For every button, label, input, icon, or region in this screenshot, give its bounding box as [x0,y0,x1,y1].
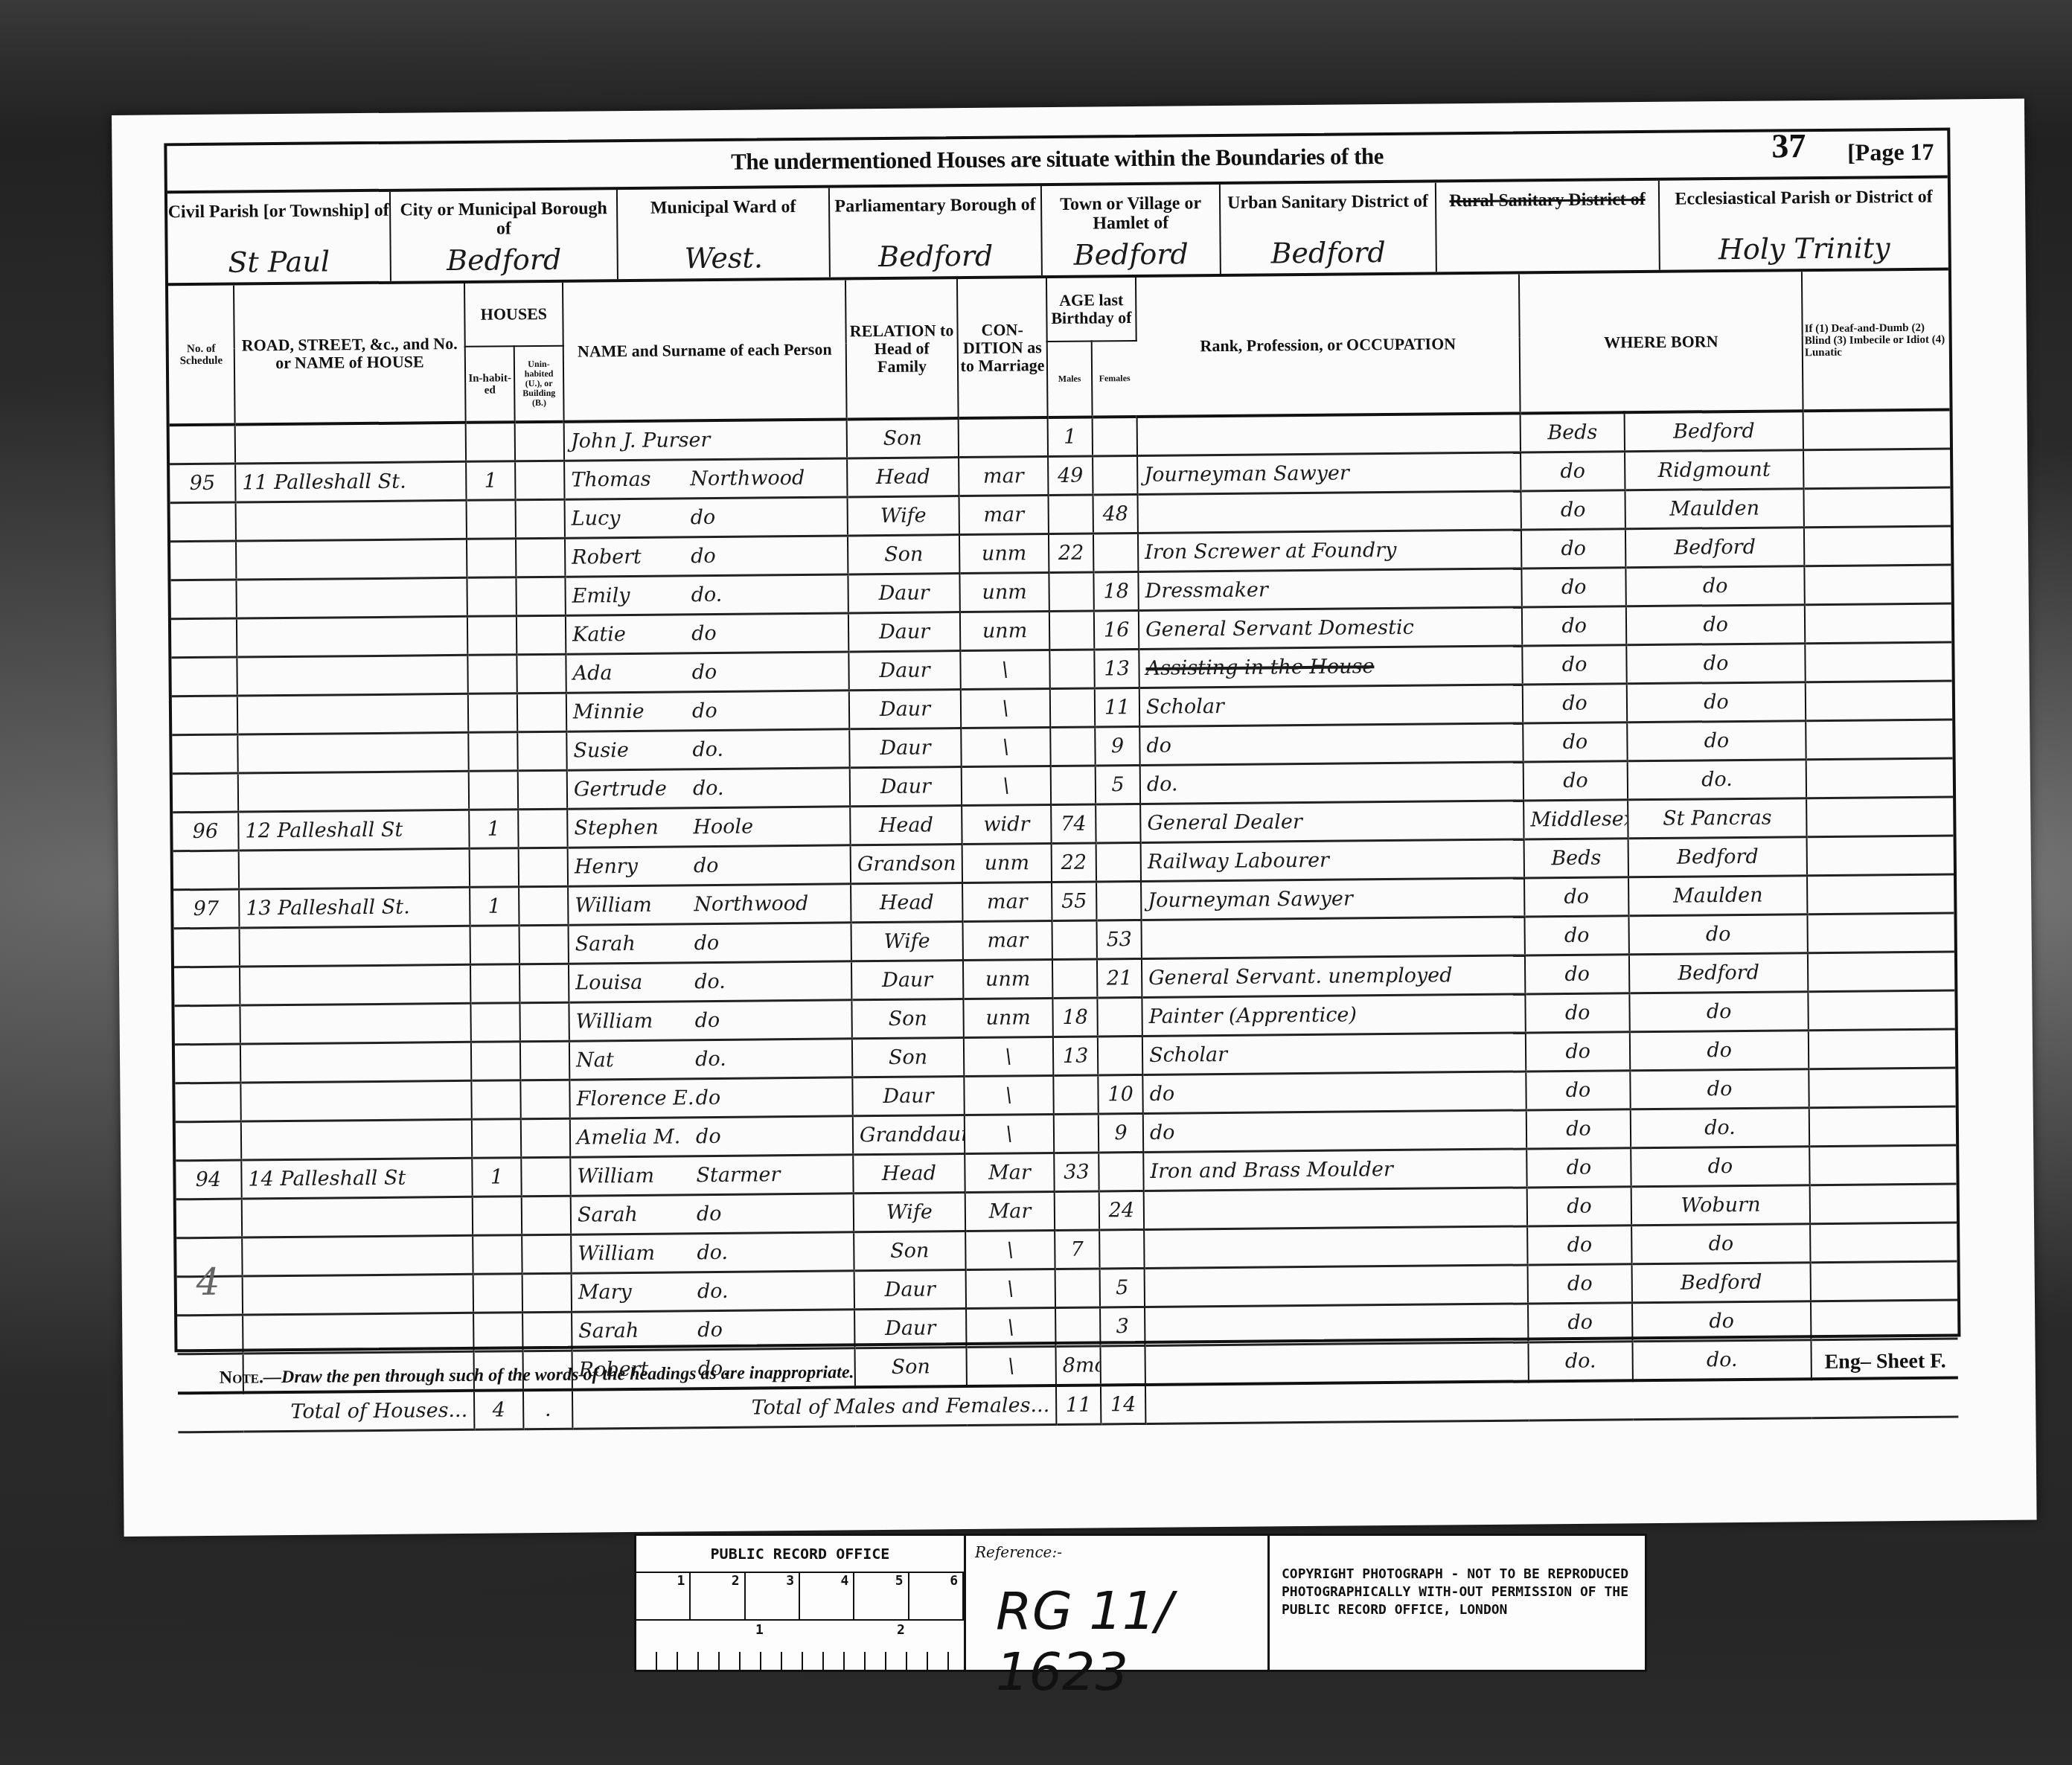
schedule-text: 94 [196,1168,222,1191]
born-county-cell: do [1526,1032,1630,1072]
female-age-text: 21 [1107,967,1133,990]
occupation-cell [1142,917,1525,958]
condition-text: unm [982,619,1028,643]
address-cell [242,1197,473,1237]
born-place-cell: do [1630,1069,1809,1109]
condition-text: mar [983,464,1024,487]
infirmity-cell [1806,797,1953,837]
schedule-cell: 97 [173,889,239,929]
male-age-cell [1052,920,1097,960]
relation-text: Head [879,813,933,837]
condition-cell: unm [963,960,1052,999]
boundary-label: Ecclesiastical Parish or District of [1660,178,1948,208]
schedule-cell [172,696,237,735]
born-county-cell: Beds [1524,839,1628,878]
female-age-cell: 21 [1097,958,1142,998]
born-county-cell: do [1523,761,1628,801]
occupation-cell: General Dealer [1140,801,1523,842]
female-age-cell: 13 [1094,649,1139,688]
female-age-text: 53 [1106,928,1132,951]
born-county-cell: do [1521,490,1625,530]
occupation-text: Iron and Brass Moulder [1150,1158,1393,1183]
female-age-text: 9 [1111,734,1124,757]
address-cell [243,1274,473,1315]
total-blank [1145,1377,1958,1423]
occupation-cell: do [1142,1072,1526,1113]
relation-cell: Daur [848,574,959,613]
surname: Hoole [693,816,753,839]
born-county-cell: do [1522,645,1626,685]
census-page: The undermentioned Houses are situate wi… [112,99,2037,1537]
condition-cell: Mar [965,1192,1055,1231]
name-cell: Amelia M.do [570,1116,853,1157]
address-cell [240,1042,471,1083]
surname: do [694,932,720,955]
born-county-cell: do [1526,1109,1631,1149]
condition-text: mar [987,890,1028,913]
boundary-rural-sanitary: Rural Sanitary District of [1436,181,1660,272]
female-age-cell [1093,417,1137,456]
inhabited-cell: 1 [472,1158,521,1197]
male-age-text: 55 [1061,890,1087,913]
condition-cell: \ [965,1230,1055,1269]
male-age-text: 7 [1071,1238,1084,1261]
occupation-cell: Railway Labourer [1141,839,1524,881]
uninhabited-cell [519,848,568,887]
condition-cell: mar [959,496,1049,535]
infirmity-cell [1807,836,1954,876]
col-uninhabited: Unin-habited (U.), or Building (B.) [514,346,564,423]
born-county-text: Middlesex [1530,807,1628,831]
uninhabited-cell [519,1002,569,1042]
uninhabited-cell [516,577,565,616]
surname: do. [697,1280,729,1303]
uninhabited-cell [517,615,566,655]
occupation-text: General Servant. unemployed [1148,964,1453,990]
inhabited-cell [471,1042,520,1081]
uninhabited-cell [517,731,566,771]
given-name: William [576,1009,695,1033]
boundary-value: Holy Trinity [1660,237,1948,259]
infirmity-cell [1806,758,1953,798]
female-age-cell: 3 [1100,1307,1145,1346]
schedule-cell [170,580,236,619]
relation-cell: Head [853,1154,965,1194]
born-place-text: Bedford [1673,420,1755,443]
relation-text: Daur [885,1316,936,1340]
occupation-cell: Scholar [1142,1033,1526,1074]
inhabited-cell [467,616,517,656]
boundary-municipal-ward: Municipal Ward of West. [618,188,831,279]
relation-cell: Daur [851,961,963,1000]
uninhabited-cell [521,1118,570,1158]
given-name: Gertrude [574,777,693,801]
uninhabited-cell [516,499,565,539]
given-name: Nat [576,1048,695,1072]
address-cell: 14 Palleshall St [241,1158,472,1199]
born-place-text: do [1708,1232,1733,1255]
inhabited-cell [473,1235,522,1275]
occupation-cell: Iron and Brass Moulder [1143,1149,1526,1191]
col-houses: HOUSES [464,283,563,347]
male-age-cell [1054,1114,1099,1153]
inhabited-text: 1 [485,469,497,492]
female-age-text: 10 [1107,1083,1133,1106]
born-county-text: do [1561,576,1587,599]
uninhabited-cell [520,1080,569,1119]
female-age-cell [1099,1152,1143,1191]
inch-ruler: 1 2 [636,1621,964,1670]
schedule-cell [175,1044,240,1083]
born-place-text: do [1704,652,1729,675]
born-county-text: do [1562,692,1587,715]
born-county-text: do [1567,1311,1593,1334]
infirmity-cell [1807,874,1954,914]
born-place-text: do [1704,729,1730,752]
name-cell: Natdo. [569,1039,852,1080]
boundary-label: Parliamentary Borough of [830,186,1040,216]
address-cell [240,1003,470,1044]
col-inhabited: In-habit-ed [465,346,515,423]
relation-text: Daur [885,1278,936,1301]
male-age-text: 22 [1061,851,1087,874]
name-cell: Louisado. [569,961,851,1002]
inhabited-cell [467,655,517,694]
schedule-cell: 95 [170,464,235,503]
schedule-cell [172,734,237,774]
relation-cell: Son [851,999,963,1039]
born-place-text: do. [1707,1348,1738,1371]
total-houses-inhabited: 4 [474,1390,523,1429]
name-cell: ThomasNorthwood [564,458,847,499]
condition-text: \ [1008,1316,1014,1339]
surname: do [691,622,717,645]
address-cell: 13 Palleshall St. [239,887,470,928]
given-name: Susie [573,738,692,762]
relation-text: Son [883,427,922,450]
surname: do [696,1125,721,1148]
male-age-cell: 7 [1055,1230,1099,1269]
given-name: Stephen [574,816,693,839]
born-place-cell: do [1632,1301,1811,1342]
given-name: Sarah [578,1319,697,1342]
born-county-text: do [1563,769,1588,792]
relation-cell: Son [854,1231,965,1271]
schedule-cell [176,1121,241,1161]
condition-text: \ [1007,1238,1014,1261]
born-place-cell: do [1628,914,1807,955]
occupation-text: do [1149,1083,1174,1106]
female-age-cell [1093,455,1137,495]
condition-text: \ [1007,1277,1014,1300]
born-county-text: Beds [1551,847,1601,871]
name-cell: Florence E.do [569,1077,852,1118]
occupation-cell [1145,1265,1528,1307]
occupation-text: General Servant Domestic [1145,616,1414,641]
born-place-cell: do [1627,682,1806,723]
born-county-text: do [1563,731,1588,754]
born-county-cell: Middlesex [1523,800,1628,839]
born-county-text: do [1564,924,1590,947]
relation-text: Daur [883,1084,933,1108]
born-county-text: do [1567,1234,1592,1257]
margin-mark: 4 [196,1261,220,1304]
born-place-cell: Bedford [1632,1263,1811,1303]
note-text: —Draw the pen through such of the words … [263,1362,854,1387]
relation-text: Head [882,1162,936,1185]
uninhabited-cell [515,461,564,500]
col-name: NAME and Surname of each Person [563,280,847,421]
occupation-cell: do [1143,1110,1526,1152]
condition-cell: Mar [965,1153,1054,1193]
condition-cell: mar [959,457,1048,496]
born-place-text: Bedford [1678,961,1759,985]
born-place-cell: do [1630,1031,1809,1071]
ruler-mark: 3 [746,1573,800,1619]
female-age-cell: 9 [1095,726,1139,766]
condition-cell: unm [959,573,1049,612]
born-county-cell: do [1527,1187,1631,1226]
given-name: Mary [578,1280,697,1304]
occupation-cell [1137,413,1521,455]
inhabited-cell: 1 [470,887,519,926]
relation-cell: Daur [848,612,960,652]
male-age-cell: 1 [1048,417,1093,457]
address-cell [238,771,469,812]
inhabited-cell [468,732,517,772]
occupation-cell [1145,1304,1528,1345]
born-county-text: Beds [1547,421,1597,445]
address-cell [240,964,470,1005]
ruler-mark: 2 [691,1573,745,1619]
born-county-cell: do [1524,877,1628,917]
schedule-cell [170,541,236,580]
schedule-text: 96 [193,820,219,843]
condition-text: unm [985,967,1031,991]
occupation-cell: do [1139,723,1523,765]
address-cell [241,1119,472,1160]
infirmity-cell [1803,409,1950,449]
condition-cell: \ [964,1076,1053,1115]
uninhabited-cell [517,654,566,693]
infirmity-cell [1809,1106,1956,1147]
boundary-label: Urban Sanitary District of [1221,182,1435,213]
born-place-cell: do [1626,644,1805,684]
inhabited-cell [470,1003,519,1042]
address-cell [240,1080,471,1121]
address-cell [237,655,467,696]
ruler-mark: 4 [800,1573,854,1619]
uninhabited-cell [516,538,565,577]
given-name: Amelia M. [577,1125,696,1149]
condition-cell: mar [963,921,1052,961]
surname: do. [691,583,723,606]
name-cell: Marydo. [572,1271,854,1312]
condition-text: \ [1005,1045,1011,1068]
born-place-text: Maulden [1669,497,1759,521]
name-cell: Williamdo [569,1000,851,1041]
relation-text: Daur [882,968,933,992]
relation-cell: Wife [848,496,959,536]
relation-text: Son [884,543,923,566]
relation-text: Daur [879,659,930,682]
relation-cell: Grandson [851,845,962,884]
infirmity-cell [1808,952,1954,992]
born-place-text: do. [1704,1116,1736,1139]
male-age-cell: 13 [1053,1037,1098,1076]
infirmity-cell [1808,990,1954,1031]
condition-cell [959,417,1048,458]
infirmity-cell [1810,1184,1957,1224]
relation-text: Granddaur [860,1123,965,1147]
name-cell: WilliamNorthwood [568,884,851,925]
male-age-text: 33 [1064,1161,1090,1184]
name-cell: Sarahdo [569,923,851,964]
address-cell [236,500,467,541]
name-cell: Gertrudedo. [567,768,850,809]
col-males: Males [1047,342,1093,418]
surname: do. [693,777,724,800]
female-age-cell: 53 [1097,920,1142,959]
uninhabited-cell [522,1196,571,1235]
uninhabited-cell [515,422,564,461]
male-age-cell: 33 [1054,1153,1099,1192]
infirmity-cell [1809,1145,1956,1185]
born-place-text: Maulden [1673,884,1763,908]
given-name: John J. Purser [571,429,690,452]
born-county-text: do [1562,653,1587,676]
male-age-cell [1052,959,1097,999]
occupation-cell: General Servant Domestic [1139,607,1522,649]
female-age-cell [1096,842,1141,882]
infirmity-cell [1811,1261,1957,1301]
condition-text: unm [985,1006,1031,1030]
col-where-born: WHERE BORN [1519,272,1803,413]
born-county-cell: do [1521,568,1625,607]
born-place-text: Ridgmount [1658,458,1771,482]
condition-text: mar [983,503,1024,526]
given-name: Robert [572,545,691,568]
born-county-text: do [1561,537,1586,560]
male-age-cell: 22 [1049,534,1093,573]
occupation-cell: Scholar [1139,685,1523,726]
born-place-cell: Bedford [1625,528,1804,568]
folio-number: 37 [1771,126,1806,165]
born-county-cell: do [1521,529,1625,568]
name-cell: Sarahdo [572,1310,854,1351]
born-county-cell: do [1526,1148,1631,1188]
born-county-cell: do [1523,723,1627,762]
uninhabited-cell [518,809,567,848]
name-cell: Robertdo [565,536,848,577]
address-cell: 11 Palleshall St. [235,461,466,502]
relation-text: Grandson [857,852,956,876]
surname: do [691,661,717,684]
name-cell: Minniedo [566,691,849,731]
name-cell: John J. Purser [564,419,847,461]
surname: do. [697,1241,728,1264]
boundary-value: Bedford [831,246,1041,266]
name-cell: StephenHoole [567,807,850,848]
condition-cell: \ [961,689,1050,728]
born-place-text: do [1707,1039,1732,1062]
inhabited-cell [473,1197,522,1236]
boundary-value [1437,260,1659,262]
born-county-text: do [1567,1156,1592,1179]
born-county-text: do [1567,1272,1593,1295]
relation-cell: Daur [854,1270,966,1310]
condition-cell: \ [966,1307,1055,1347]
male-age-cell [1055,1191,1099,1231]
given-name: Thomas [571,467,690,491]
given-name: William [575,893,694,917]
male-age-cell [1050,688,1095,728]
reference-label: Reference:- [975,1543,1062,1561]
occupation-text: Journeyman Sawyer [1148,887,1353,912]
infirmity-cell [1805,603,1951,644]
born-place-cell: do. [1628,760,1806,800]
address-text: 14 Palleshall St [248,1167,406,1191]
relation-text: Son [889,1045,927,1069]
condition-text: unm [982,542,1027,566]
schedule-text: 97 [193,897,219,920]
female-age-cell: 24 [1099,1191,1144,1230]
boundary-value: Bedford [391,249,617,271]
born-place-text: do [1704,691,1729,714]
total-houses-uninhabited: . [523,1390,572,1429]
female-age-text: 11 [1104,696,1131,719]
female-age-cell: 16 [1094,610,1139,650]
name-cell: Emilydo. [565,574,848,615]
occupation-text: do. [1147,773,1178,796]
total-houses-label: Total of Houses... [178,1391,474,1432]
male-age-cell: 18 [1052,998,1097,1037]
born-county-cell: do [1527,1226,1631,1265]
female-age-cell: 18 [1093,571,1138,611]
female-age-cell: 10 [1098,1074,1142,1114]
male-age-text: 49 [1058,464,1084,487]
given-name: William [577,1164,696,1188]
boundary-value: West. [618,248,829,269]
male-age-cell [1050,727,1095,766]
relation-cell: Wife [851,922,963,961]
col-relation: RELATION to Head of Family [845,279,959,419]
born-county-cell: do [1528,1303,1632,1342]
surname: Starmer [696,1163,780,1187]
name-cell: Williamdo. [571,1232,854,1273]
male-age-text: 18 [1062,1006,1088,1029]
infirmity-cell [1804,487,1951,528]
male-age-text: 13 [1063,1045,1089,1068]
infirmity-cell [1805,642,1951,682]
female-age-text: 48 [1102,502,1128,525]
census-table: No. of Schedule ROAD, STREET, &c., and N… [168,270,1958,1433]
occupation-cell [1144,1226,1527,1268]
occupation-text: Painter (Apprentice) [1149,1003,1358,1028]
born-place-cell: Maulden [1625,489,1804,529]
born-county-text: do [1564,963,1590,986]
born-place-cell: Ridgmount [1625,450,1803,490]
stamp-office-name: PUBLIC RECORD OFFICE [636,1536,964,1573]
male-age-text: 74 [1061,813,1087,836]
female-age-cell [1096,881,1141,920]
relation-text: Daur [880,736,930,760]
born-county-cell: do [1528,1264,1632,1304]
boundary-civil-parish: Civil Parish [or Township] of St Paul [167,192,391,284]
boundary-value: Bedford [1043,244,1220,265]
given-name: Emily [572,583,691,607]
given-name: Minnie [573,699,692,723]
